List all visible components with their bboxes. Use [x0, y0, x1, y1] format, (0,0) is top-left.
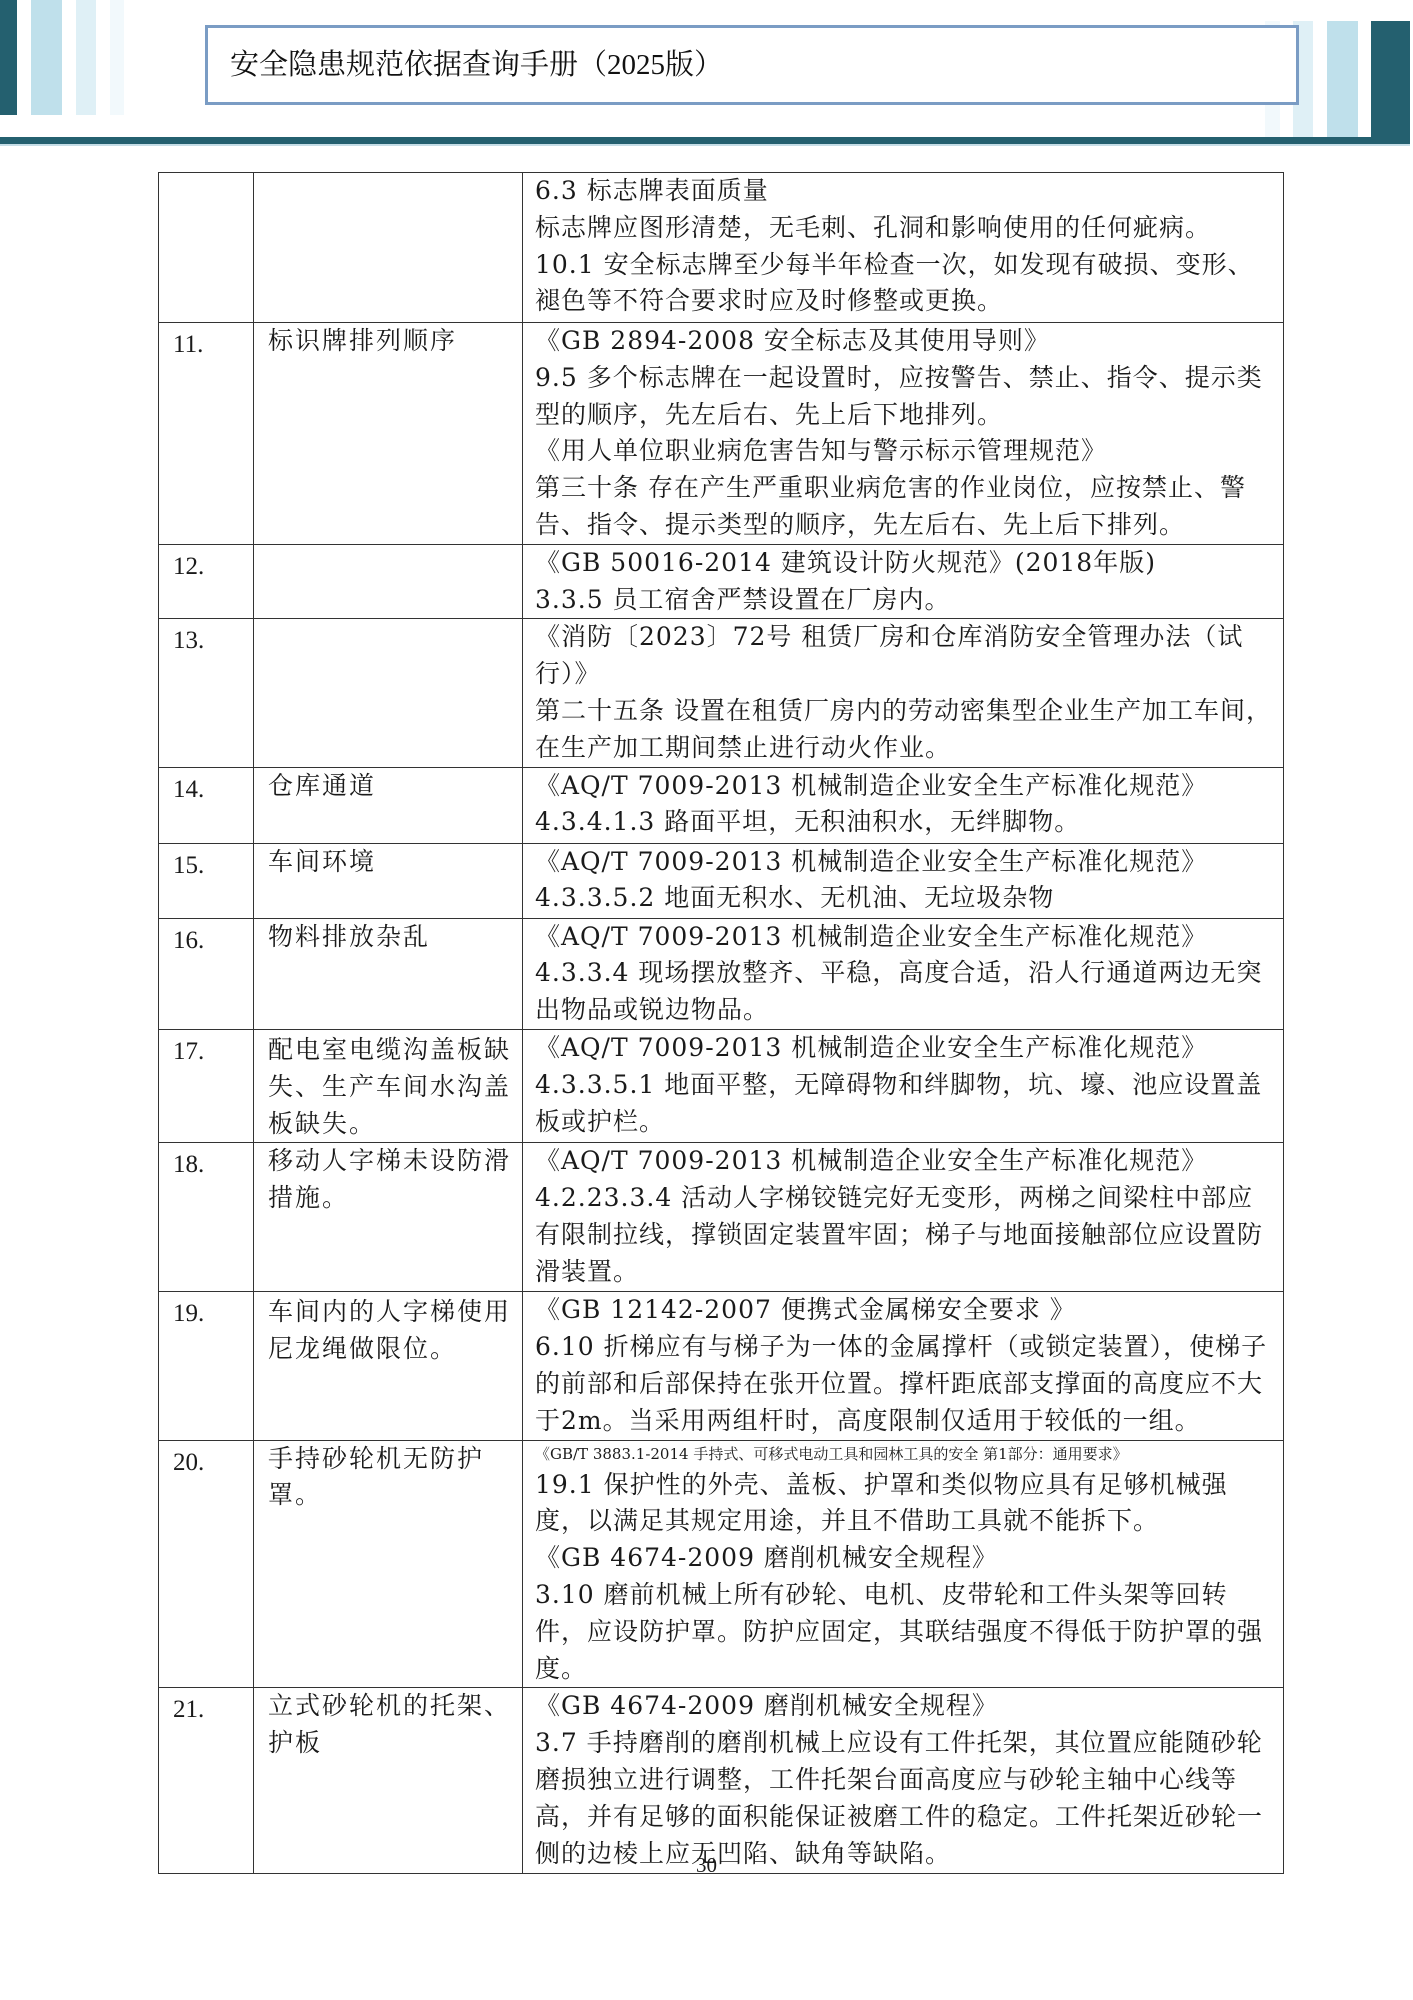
table-row: 19.车间内的人字梯使用尼龙绳做限位。《GB 12142-2007 便携式金属梯… [159, 1292, 1284, 1440]
standard-title: 《GB 4674-2009 磨削机械安全规程》 [535, 1688, 1275, 1725]
row-number: 15. [159, 843, 254, 918]
regulation-table: 6.3 标志牌表面质量标志牌应图形清楚，无毛刺、孔洞和影响使用的任何疵病。10.… [158, 172, 1284, 1874]
clause-text: 4.3.3.4 现场摆放整齐、平稳，高度合适，沿人行通道两边无突出物品或锐边物品… [535, 955, 1275, 1029]
clause-text: 3.7 手持磨削的磨削机械上应设有工件托架，其位置应能随砂轮磨损独立进行调整，工… [535, 1725, 1275, 1872]
row-number: 14. [159, 767, 254, 843]
standard-title: 《GB 2894-2008 安全标志及其使用导则》 [535, 323, 1275, 360]
hazard-item: 手持砂轮机无防护罩。 [254, 1440, 523, 1688]
standard-title: 《GB/T 3883.1-2014 手持式、可移式电动工具和园林工具的安全 第1… [535, 1441, 1275, 1467]
standard-title: 《GB 12142-2007 便携式金属梯安全要求 》 [535, 1292, 1275, 1329]
clause-text: 6.3 标志牌表面质量 [535, 173, 1275, 210]
regulation-reference: 《GB 12142-2007 便携式金属梯安全要求 》6.10 折梯应有与梯子为… [523, 1292, 1284, 1440]
row-number: 12. [159, 544, 254, 619]
regulation-reference: 《AQ/T 7009-2013 机械制造企业安全生产标准化规范》4.3.4.1.… [523, 767, 1284, 843]
hazard-item: 立式砂轮机的托架、护板 [254, 1688, 523, 1874]
regulation-reference: 《AQ/T 7009-2013 机械制造企业安全生产标准化规范》4.2.23.3… [523, 1143, 1284, 1292]
clause-text: 3.3.5 员工宿舍严禁设置在厂房内。 [535, 582, 1275, 619]
hazard-item: 移动人字梯未设防滑措施。 [254, 1143, 523, 1292]
standard-title: 《GB 4674-2009 磨削机械安全规程》 [535, 1540, 1275, 1577]
table-row: 17.配电室电缆沟盖板缺失、生产车间水沟盖板缺失。《AQ/T 7009-2013… [159, 1029, 1284, 1142]
clause-text: 第三十条 存在产生严重职业病危害的作业岗位，应按禁止、警告、指令、提示类型的顺序… [535, 470, 1275, 544]
hazard-item [254, 619, 523, 767]
table-row: 13.《消防〔2023〕72号 租赁厂房和仓库消防安全管理办法（试行）》第二十五… [159, 619, 1284, 767]
clause-text: 6.10 折梯应有与梯子为一体的金属撑杆（或锁定装置），使梯子的前部和后部保持在… [535, 1329, 1275, 1439]
standard-title: 《用人单位职业病危害告知与警示标示管理规范》 [535, 433, 1275, 470]
regulation-reference: 《AQ/T 7009-2013 机械制造企业安全生产标准化规范》4.3.3.5.… [523, 843, 1284, 918]
row-number: 18. [159, 1143, 254, 1292]
clause-text: 4.3.4.1.3 路面平坦，无积油积水，无绊脚物。 [535, 804, 1275, 841]
header-bar-left-light [31, 0, 62, 115]
document-title: 安全隐患规范依据查询手册（2025版） [230, 42, 723, 83]
standard-title: 《AQ/T 7009-2013 机械制造企业安全生产标准化规范》 [535, 1143, 1275, 1180]
header-bar-right-light [1327, 21, 1358, 137]
hazard-item: 仓库通道 [254, 767, 523, 843]
standard-title: 《GB 50016-2014 建筑设计防火规范》(2018年版) [535, 545, 1275, 582]
standard-title: 《AQ/T 7009-2013 机械制造企业安全生产标准化规范》 [535, 844, 1275, 881]
clause-text: 10.1 安全标志牌至少每半年检查一次，如发现有破损、变形、褪色等不符合要求时应… [535, 247, 1275, 321]
standard-title: 《消防〔2023〕72号 租赁厂房和仓库消防安全管理办法（试行）》 [535, 619, 1275, 693]
table-row: 15.车间环境《AQ/T 7009-2013 机械制造企业安全生产标准化规范》4… [159, 843, 1284, 918]
clause-text: 3.10 磨前机械上所有砂轮、电机、皮带轮和工件头架等回转件，应设防护罩。防护应… [535, 1577, 1275, 1687]
regulation-reference: 《AQ/T 7009-2013 机械制造企业安全生产标准化规范》4.3.3.4 … [523, 918, 1284, 1029]
regulation-reference: 《GB 4674-2009 磨削机械安全规程》3.7 手持磨削的磨削机械上应设有… [523, 1688, 1284, 1874]
hazard-item: 配电室电缆沟盖板缺失、生产车间水沟盖板缺失。 [254, 1029, 523, 1142]
table-row: 12.《GB 50016-2014 建筑设计防火规范》(2018年版)3.3.5… [159, 544, 1284, 619]
table-row: 11.标识牌排列顺序《GB 2894-2008 安全标志及其使用导则》9.5 多… [159, 323, 1284, 545]
row-number: 19. [159, 1292, 254, 1440]
row-number: 16. [159, 918, 254, 1029]
clause-text: 4.3.3.5.2 地面无积水、无机油、无垃圾杂物 [535, 880, 1275, 917]
table-row: 16.物料排放杂乱《AQ/T 7009-2013 机械制造企业安全生产标准化规范… [159, 918, 1284, 1029]
table-row: 18.移动人字梯未设防滑措施。《AQ/T 7009-2013 机械制造企业安全生… [159, 1143, 1284, 1292]
clause-text: 4.3.3.5.1 地面平整，无障碍物和绊脚物，坑、壕、池应设置盖板或护栏。 [535, 1067, 1275, 1141]
header-title-box: 安全隐患规范依据查询手册（2025版） [205, 25, 1299, 105]
hazard-item [254, 173, 523, 323]
standard-title: 《AQ/T 7009-2013 机械制造企业安全生产标准化规范》 [535, 919, 1275, 956]
clause-text: 19.1 保护性的外壳、盖板、护罩和类似物应具有足够机械强度，以满足其规定用途，… [535, 1467, 1275, 1541]
clause-text: 4.2.23.3.4 活动人字梯铰链完好无变形，两梯之间梁柱中部应有限制拉线，撑… [535, 1180, 1275, 1290]
header-bar-left-lighter [76, 0, 96, 115]
header-bar-left-faint [110, 0, 124, 115]
header-rule-shadow [0, 144, 1410, 146]
hazard-item: 车间内的人字梯使用尼龙绳做限位。 [254, 1292, 523, 1440]
header-rule [0, 137, 1410, 144]
row-number [159, 173, 254, 323]
regulation-reference: 《GB 2894-2008 安全标志及其使用导则》9.5 多个标志牌在一起设置时… [523, 323, 1284, 545]
clause-text: 9.5 多个标志牌在一起设置时，应按警告、禁止、指令、提示类型的顺序，先左后右、… [535, 360, 1275, 434]
table-row: 14.仓库通道《AQ/T 7009-2013 机械制造企业安全生产标准化规范》4… [159, 767, 1284, 843]
regulation-reference: 《GB 50016-2014 建筑设计防火规范》(2018年版)3.3.5 员工… [523, 544, 1284, 619]
regulation-reference: 《AQ/T 7009-2013 机械制造企业安全生产标准化规范》4.3.3.5.… [523, 1029, 1284, 1142]
hazard-item: 标识牌排列顺序 [254, 323, 523, 545]
table-row: 6.3 标志牌表面质量标志牌应图形清楚，无毛刺、孔洞和影响使用的任何疵病。10.… [159, 173, 1284, 323]
row-number: 20. [159, 1440, 254, 1688]
header-bar-right-dark [1371, 21, 1410, 144]
regulation-table-body: 6.3 标志牌表面质量标志牌应图形清楚，无毛刺、孔洞和影响使用的任何疵病。10.… [159, 173, 1284, 1874]
regulation-reference: 《GB/T 3883.1-2014 手持式、可移式电动工具和园林工具的安全 第1… [523, 1440, 1284, 1688]
standard-title: 《AQ/T 7009-2013 机械制造企业安全生产标准化规范》 [535, 1030, 1275, 1067]
header-bar-left-dark [0, 0, 17, 115]
clause-text: 第二十五条 设置在租赁厂房内的劳动密集型企业生产加工车间，在生产加工期间禁止进行… [535, 693, 1275, 767]
page-number: 30 [696, 1853, 717, 1878]
clause-text: 标志牌应图形清楚，无毛刺、孔洞和影响使用的任何疵病。 [535, 210, 1275, 247]
table-row: 21.立式砂轮机的托架、护板《GB 4674-2009 磨削机械安全规程》3.7… [159, 1688, 1284, 1874]
row-number: 17. [159, 1029, 254, 1142]
standard-title: 《AQ/T 7009-2013 机械制造企业安全生产标准化规范》 [535, 768, 1275, 805]
row-number: 11. [159, 323, 254, 545]
row-number: 21. [159, 1688, 254, 1874]
regulation-reference: 6.3 标志牌表面质量标志牌应图形清楚，无毛刺、孔洞和影响使用的任何疵病。10.… [523, 173, 1284, 323]
row-number: 13. [159, 619, 254, 767]
regulation-reference: 《消防〔2023〕72号 租赁厂房和仓库消防安全管理办法（试行）》第二十五条 设… [523, 619, 1284, 767]
hazard-item [254, 544, 523, 619]
hazard-item: 车间环境 [254, 843, 523, 918]
hazard-item: 物料排放杂乱 [254, 918, 523, 1029]
table-row: 20.手持砂轮机无防护罩。《GB/T 3883.1-2014 手持式、可移式电动… [159, 1440, 1284, 1688]
